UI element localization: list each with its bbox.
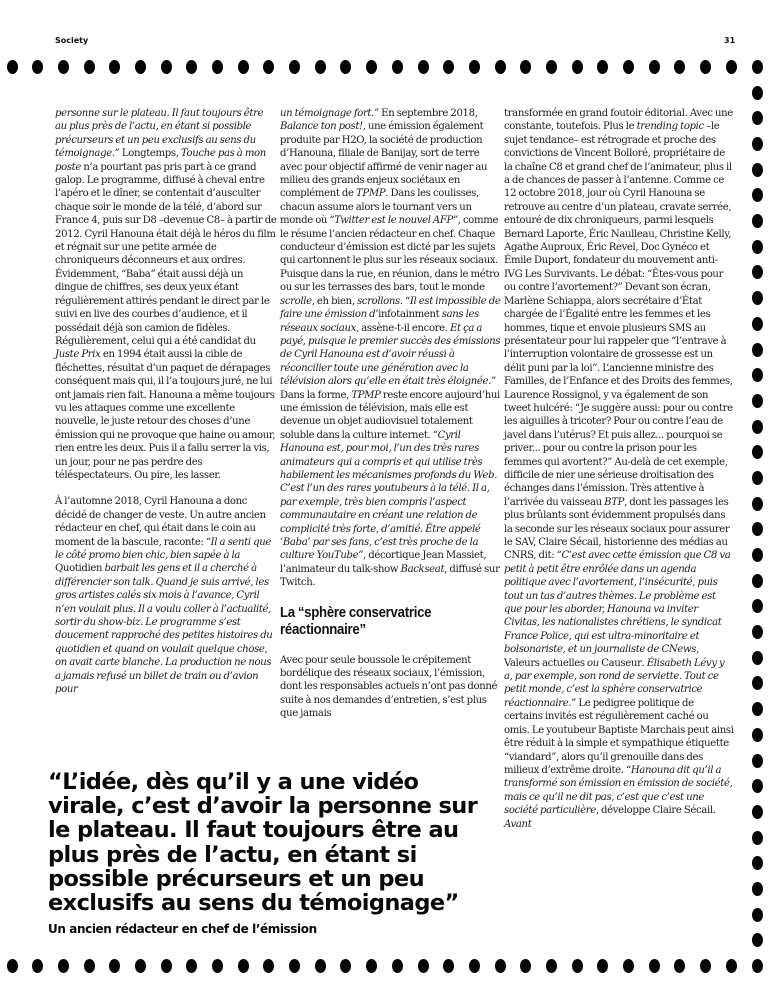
border-dot — [32, 959, 43, 973]
border-dot — [752, 548, 763, 562]
border-dot — [315, 959, 326, 973]
italic-text-run: TPMP — [356, 188, 385, 199]
border-dot — [700, 959, 711, 973]
border-dot — [752, 856, 763, 870]
text-run: Avec pour seule boussole le crépitement … — [280, 655, 497, 720]
border-dot — [520, 60, 531, 74]
border-dot — [752, 702, 763, 716]
border-dot — [752, 882, 763, 896]
text-run: , comme le résume l’ancien rédacteur en … — [280, 215, 499, 293]
border-dot — [212, 60, 223, 74]
border-dot — [443, 959, 454, 973]
border-dot — [623, 60, 634, 74]
border-dot — [597, 60, 608, 74]
border-dot — [84, 60, 95, 74]
border-dot — [674, 60, 685, 74]
border-dot — [186, 959, 197, 973]
border-dot — [752, 522, 763, 536]
border-dot — [726, 60, 737, 74]
border-dot — [752, 317, 763, 331]
border-dot — [289, 60, 300, 74]
border-dot — [752, 599, 763, 613]
border-dot — [752, 137, 763, 151]
border-dot — [572, 959, 583, 973]
border-dot — [186, 60, 197, 74]
paragraph: un témoignage fort.” En septembre 2018, … — [280, 107, 502, 590]
paragraph: Avec pour seule boussole le crépitement … — [280, 654, 502, 721]
border-dot — [340, 60, 351, 74]
italic-text-run: Backseat — [401, 564, 445, 575]
border-dot — [366, 959, 377, 973]
italic-text-run: scrolle — [280, 296, 312, 307]
border-dot — [726, 959, 737, 973]
border-dot — [109, 60, 120, 74]
border-dot — [752, 728, 763, 742]
border-dot — [752, 240, 763, 254]
border-dot — [752, 959, 763, 973]
border-dot — [752, 291, 763, 305]
page-number: 31 — [724, 36, 735, 45]
border-dot — [469, 60, 480, 74]
text-run: infotainment — [378, 309, 439, 320]
border-dot — [752, 831, 763, 845]
paragraph: transformée en grand foutoir éditorial. … — [504, 107, 734, 831]
border-dot — [340, 959, 351, 973]
border-dot — [212, 959, 223, 973]
border-dot — [263, 60, 274, 74]
border-dot — [418, 959, 429, 973]
border-dot — [392, 60, 403, 74]
border-dot — [752, 471, 763, 485]
border-dot — [495, 959, 506, 973]
italic-text-run: TPMP — [351, 390, 380, 401]
border-dot — [623, 959, 634, 973]
italic-text-run: Juste Prix — [55, 349, 101, 360]
text-run: , développe Claire Sécail. — [596, 805, 716, 816]
border-dot — [263, 959, 274, 973]
border-dot — [546, 60, 557, 74]
border-dot — [752, 188, 763, 202]
border-dot — [161, 60, 172, 74]
border-dot — [392, 959, 403, 973]
border-dot — [135, 60, 146, 74]
italic-text-run: Balance ton post! — [280, 121, 363, 132]
italic-text-run: Avant — [504, 819, 531, 830]
border-dot — [674, 959, 685, 973]
article-column-3: transformée en grand foutoir éditorial. … — [504, 107, 734, 831]
text-run: En septembre 2018, — [379, 108, 478, 119]
border-dot — [752, 497, 763, 511]
border-dot — [752, 805, 763, 819]
italic-text-run: barbait les gens et il a cherché à diffé… — [55, 563, 272, 695]
border-dot — [752, 651, 763, 665]
paragraph: personne sur le plateau. Il faut toujour… — [55, 107, 277, 482]
text-run: Longtemps, — [120, 148, 181, 159]
italic-text-run: ou — [585, 658, 602, 669]
article-column-1: personne sur le plateau. Il faut toujour… — [55, 107, 277, 696]
border-dot — [752, 163, 763, 177]
paragraph: À l’automne 2018, Cyril Hanouna a donc d… — [55, 495, 277, 696]
border-dot — [752, 214, 763, 228]
text-run: , eh bien, — [312, 296, 357, 307]
text-run: –le sujet tendance– est rétrograde et pr… — [504, 121, 733, 507]
border-dot — [418, 60, 429, 74]
border-dot — [649, 959, 660, 973]
border-dot — [752, 420, 763, 434]
border-dot — [752, 343, 763, 357]
border-dot — [752, 625, 763, 639]
border-dot — [109, 959, 120, 973]
border-dot — [469, 959, 480, 973]
border-dot — [597, 959, 608, 973]
text-run: assène-t-il encore. — [359, 323, 450, 334]
text-run: Quotidien — [55, 563, 102, 574]
border-dot — [32, 60, 43, 74]
border-dot — [752, 676, 763, 690]
border-dot — [752, 908, 763, 922]
border-dot — [752, 111, 763, 125]
text-run: Valeurs actuelles — [504, 658, 585, 669]
running-header-section: Society — [55, 36, 88, 45]
text-run: Causeur — [601, 658, 641, 669]
italic-text-run: scrollons — [357, 296, 400, 307]
pull-quote: “L’idée, dès qu’il y a une vidéo virale,… — [48, 770, 488, 915]
border-dot — [84, 959, 95, 973]
border-dot — [238, 959, 249, 973]
text-run: n’a pourtant pas pris part à ce grand ga… — [55, 162, 276, 347]
border-dot — [752, 265, 763, 279]
italic-text-run: “Twitter est le nouvel AFP” — [329, 215, 457, 226]
border-dot — [161, 959, 172, 973]
border-dot — [752, 933, 763, 947]
border-dot — [7, 60, 18, 74]
border-dot — [315, 60, 326, 74]
border-dot — [752, 445, 763, 459]
italic-text-run: trending topic — [637, 121, 704, 132]
border-dot — [700, 60, 711, 74]
border-dot — [752, 86, 763, 100]
italic-text-run: “C’est avec cette émission que C8 va pet… — [504, 550, 730, 655]
border-dot — [366, 60, 377, 74]
border-dot — [7, 959, 18, 973]
border-dot — [752, 754, 763, 768]
border-dot — [752, 779, 763, 793]
border-dot — [752, 394, 763, 408]
border-dot — [520, 959, 531, 973]
border-dot — [752, 368, 763, 382]
italic-text-run: un témoignage fort.” — [280, 108, 379, 119]
pull-quote-attribution: Un ancien rédacteur en chef de l’émissio… — [48, 922, 488, 936]
section-subheading: La “sphère conservatrice réactionnaire” — [280, 604, 500, 638]
border-dot — [238, 60, 249, 74]
border-dot — [58, 60, 69, 74]
border-dot — [546, 959, 557, 973]
border-dot — [572, 60, 583, 74]
italic-text-run: BTP — [604, 497, 624, 508]
border-dot — [495, 60, 506, 74]
italic-text-run: “Cyril Hanouna est, pour moi, l’un des t… — [280, 430, 497, 562]
border-dot — [58, 959, 69, 973]
text-run: Dans la forme, — [280, 390, 351, 401]
border-dot — [289, 959, 300, 973]
border-dot — [752, 60, 763, 74]
article-column-2: un témoignage fort.” En septembre 2018, … — [280, 107, 502, 721]
text-run: en 1994 était aussi la cible de fléchett… — [55, 349, 275, 481]
border-dot — [649, 60, 660, 74]
border-dot — [135, 959, 146, 973]
border-dot — [752, 574, 763, 588]
border-dot — [443, 60, 454, 74]
